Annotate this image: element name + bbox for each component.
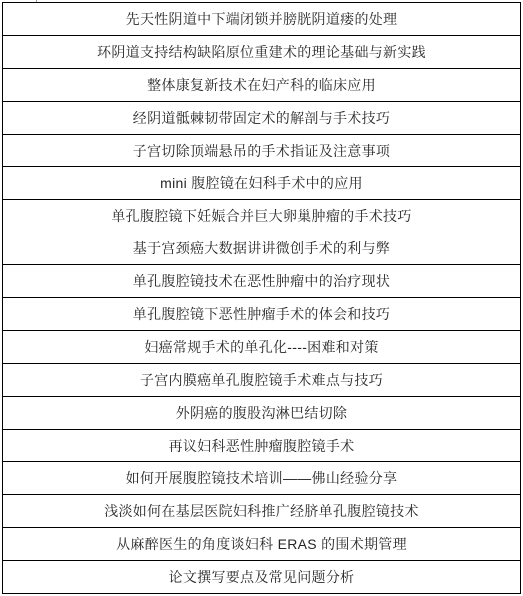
table-row: 外阴癌的腹股沟淋巴结切除 <box>3 397 520 430</box>
table-row: 如何开展腹腔镜技术培训——佛山经验分享 <box>3 462 520 495</box>
lecture-title: 子宫内膜癌单孔腹腔镜手术难点与技巧 <box>140 373 383 387</box>
lecture-title: 基于宫颈癌大数据讲讲微创手术的利与弊 <box>133 241 390 255</box>
lecture-title: 单孔腹腔镜下妊娠合并巨大卵巢肿瘤的手术技巧 <box>111 209 411 223</box>
table-row: 从麻醉医生的角度谈妇科 ERAS 的围术期管理 <box>3 528 520 561</box>
lecture-title: 单孔腹腔镜技术在恶性肿瘤中的治疗现状 <box>133 274 390 288</box>
lecture-title: 单孔腹腔镜下恶性肿瘤手术的体会和技巧 <box>133 307 390 321</box>
table-row: 子宫内膜癌单孔腹腔镜手术难点与技巧 <box>3 364 520 397</box>
lecture-title: 从麻醉医生的角度谈妇科 ERAS 的围术期管理 <box>116 537 407 551</box>
lecture-title: 妇癌常规手术的单孔化----困难和对策 <box>144 340 378 354</box>
table-row: 经阴道骶棘韧带固定术的解剖与手术技巧 <box>3 102 520 135</box>
table-row: 先天性阴道中下端闭锁并膀胱阴道瘘的处理 <box>3 3 520 36</box>
lecture-title: 论文撰写要点及常见问题分析 <box>169 570 355 584</box>
table-row: 子宫切除顶端悬吊的手术指证及注意事项 <box>3 135 520 168</box>
table-row: 再议妇科恶性肿瘤腹腔镜手术 <box>3 430 520 463</box>
lecture-title: 如何开展腹腔镜技术培训——佛山经验分享 <box>126 471 398 485</box>
lecture-title: 整体康复新技术在妇产科的临床应用 <box>147 78 376 92</box>
lecture-title: 环阴道支持结构缺陷原位重建术的理论基础与新实践 <box>97 45 426 59</box>
lecture-title: mini 腹腔镜在妇科手术中的应用 <box>160 176 363 190</box>
lecture-title: 经阴道骶棘韧带固定术的解剖与手术技巧 <box>133 111 390 125</box>
table-row: 整体康复新技术在妇产科的临床应用 <box>3 69 520 102</box>
document-page: 先天性阴道中下端闭锁并膀胱阴道瘘的处理 环阴道支持结构缺陷原位重建术的理论基础与… <box>0 0 523 596</box>
lecture-title: 浅淡如何在基层医院妇科推广经脐单孔腹腔镜技术 <box>104 504 419 518</box>
table-row: 浅淡如何在基层医院妇科推广经脐单孔腹腔镜技术 <box>3 495 520 528</box>
table-row: 论文撰写要点及常见问题分析 <box>3 561 520 593</box>
table-row: 妇癌常规手术的单孔化----困难和对策 <box>3 331 520 364</box>
lecture-titles-table: 先天性阴道中下端闭锁并膀胱阴道瘘的处理 环阴道支持结构缺陷原位重建术的理论基础与… <box>2 2 521 594</box>
lecture-title: 子宫切除顶端悬吊的手术指证及注意事项 <box>133 144 390 158</box>
table-row: mini 腹腔镜在妇科手术中的应用 <box>3 167 520 200</box>
table-row: 单孔腹腔镜下恶性肿瘤手术的体会和技巧 <box>3 298 520 331</box>
table-row: 环阴道支持结构缺陷原位重建术的理论基础与新实践 <box>3 36 520 69</box>
lecture-title: 先天性阴道中下端闭锁并膀胱阴道瘘的处理 <box>126 12 398 26</box>
table-row: 单孔腹腔镜下妊娠合并巨大卵巢肿瘤的手术技巧 <box>3 200 520 232</box>
lecture-title: 外阴癌的腹股沟淋巴结切除 <box>176 406 348 420</box>
lecture-title: 再议妇科恶性肿瘤腹腔镜手术 <box>169 439 355 453</box>
table-row: 单孔腹腔镜技术在恶性肿瘤中的治疗现状 <box>3 265 520 298</box>
table-row: 基于宫颈癌大数据讲讲微创手术的利与弊 <box>3 232 520 265</box>
